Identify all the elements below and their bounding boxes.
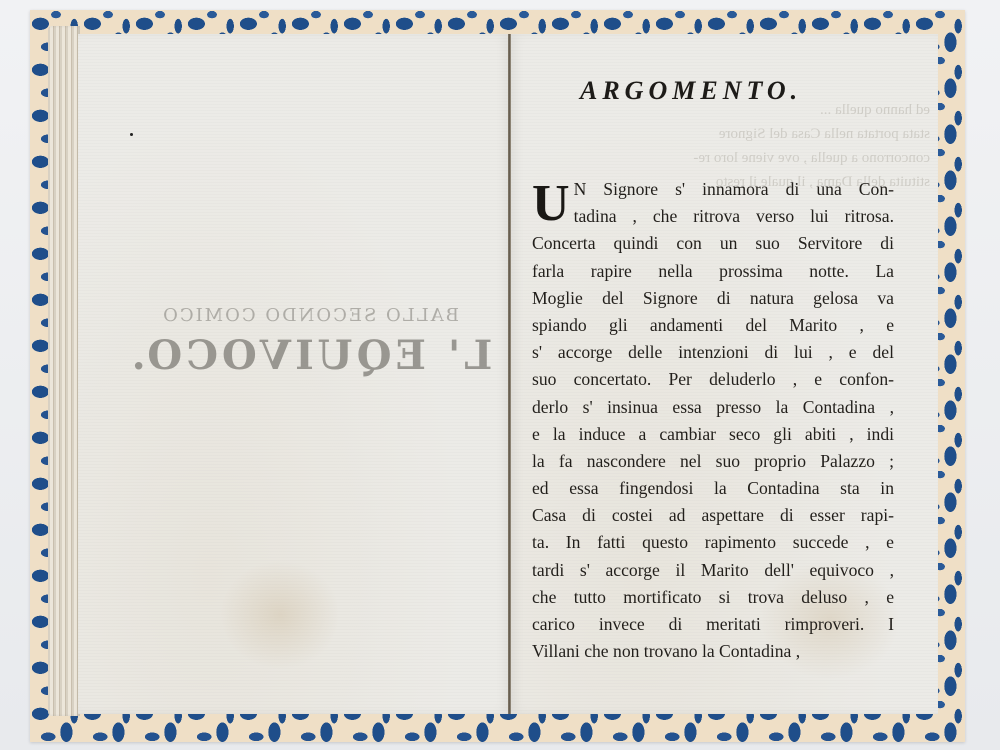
text-line: e la induce a cambiar seco gli abiti , i…: [532, 421, 894, 448]
text-line: derlo s' insinua essa presso la Contadin…: [532, 394, 894, 421]
showthrough-title: L' EQUIVOCO.: [120, 332, 500, 379]
ink-dot: [130, 133, 133, 136]
argument-text: U N Signore s' innamora di una Con- tadi…: [532, 176, 894, 665]
text-line: ed essa fingendosi la Contadina sta in: [532, 475, 894, 502]
text-line: tardi s' accorge il Marito dell' equivoc…: [532, 557, 894, 584]
text-line: N Signore s' innamora di una Con-: [532, 176, 894, 203]
text-line: Villani che non trovano la Contadina ,: [532, 638, 894, 665]
text-line: che tutto mortificato si trova deluso , …: [532, 584, 894, 611]
showthrough-line: stata portata nella Casa del Signore: [600, 122, 930, 146]
text-line: ta. In fatti questo rapimento succede , …: [532, 529, 894, 556]
page-stack-edge: [48, 26, 80, 716]
book-gutter: [508, 34, 511, 714]
text-line: Moglie del Signore di natura gelosa va: [532, 285, 894, 312]
text-line: Concerta quindi con un suo Servitore di: [532, 230, 894, 257]
text-line: carico invece di meritati rimproveri. I: [532, 611, 894, 638]
paper-stain: [220, 560, 340, 670]
showthrough-title-block: BALLO SECONDO COMICO L' EQUIVOCO.: [120, 305, 500, 379]
text-line: farla rapire nella prossima notte. La: [532, 258, 894, 285]
text-line: spiando gli andamenti del Marito , e: [532, 312, 894, 339]
text-line: la fa nascondere nel suo proprio Palazzo…: [532, 448, 894, 475]
showthrough-line: concorrono a quella , ove viene loro re-: [600, 146, 930, 170]
dropcap-letter: U: [532, 182, 570, 226]
page-heading: ARGOMENTO.: [580, 76, 802, 106]
text-line: suo concertato. Per deluderlo , e confon…: [532, 366, 894, 393]
text-line: tadina , che ritrova verso lui ritrosa.: [532, 203, 894, 230]
showthrough-subtitle: BALLO SECONDO COMICO: [120, 305, 500, 326]
text-line: Casa di costei ad aspettare di esser rap…: [532, 502, 894, 529]
text-line: s' accorge delle intenzioni di lui , e d…: [532, 339, 894, 366]
